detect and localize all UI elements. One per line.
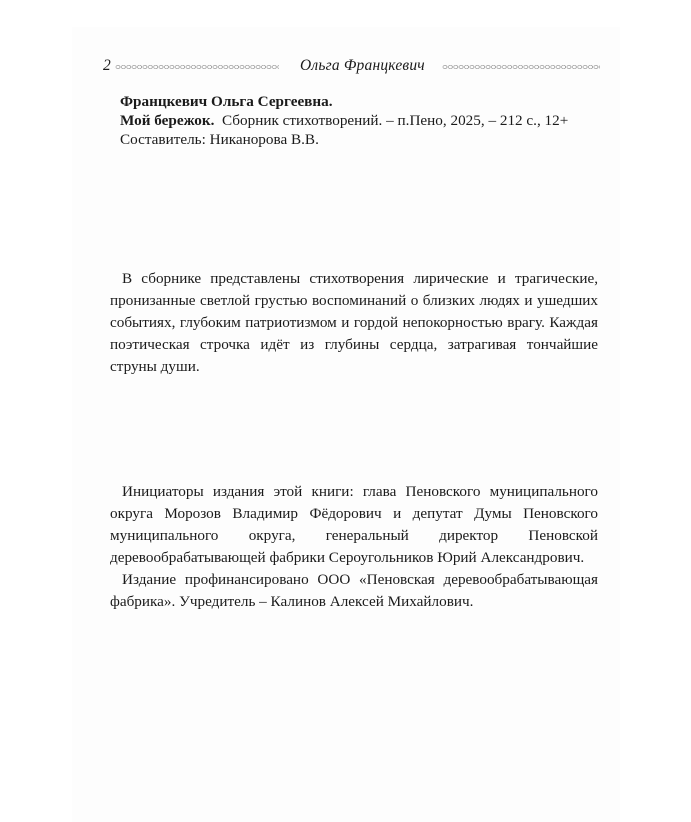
running-header: 2 Ольга Францкевич [103, 57, 600, 77]
running-title: Ольга Францкевич [300, 57, 425, 75]
title-line: Мой бережок. Сборник стихотворений. – п.… [120, 111, 590, 130]
page-number: 2 [103, 57, 111, 75]
ornament-rule-left-icon [115, 64, 279, 70]
book-title: Мой бережок. [120, 112, 214, 129]
funding-paragraph: Издание профинансировано ООО «Пеновская … [110, 569, 598, 613]
bibliographic-record: Францкевич Ольга Сергеевна. Мой бережок.… [120, 92, 590, 149]
compiler: Составитель: Никанорова В.В. [120, 130, 590, 149]
initiators-paragraph: Инициаторы издания этой книги: глава Пен… [110, 481, 598, 569]
annotation: В сборнике представлены стихотворения ли… [110, 268, 598, 378]
credits: Инициаторы издания этой книги: глава Пен… [110, 481, 598, 613]
author-name: Францкевич Ольга Сергеевна. [120, 92, 590, 111]
book-description: Сборник стихотворений. – п.Пено, 2025, –… [222, 112, 568, 129]
annotation-paragraph: В сборнике представлены стихотворения ли… [110, 268, 598, 378]
ornament-rule-right-icon [442, 64, 600, 70]
